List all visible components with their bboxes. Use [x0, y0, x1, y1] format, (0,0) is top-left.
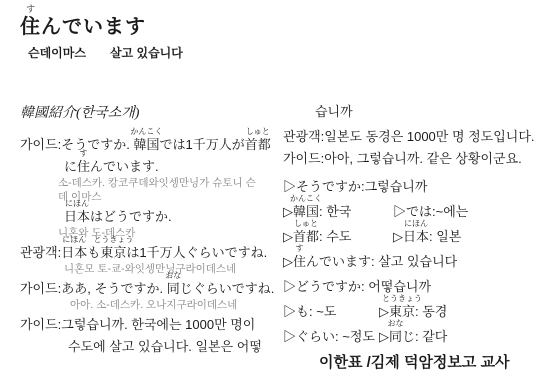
- document-page: 住すんでいます 슨데이마스 살고 있습니다 韓國紹介(한국소개) 가이드:そうで…: [0, 0, 540, 383]
- text-segment: んでいます: 살고 있습니다: [306, 254, 457, 269]
- text-segment: じぐらいですね.: [180, 281, 275, 296]
- pronunciation-line: 니혼모 토-쿄-와잇셍만닝구라이데스네: [20, 263, 278, 275]
- ruby-base: 首都しゅと: [293, 228, 319, 245]
- furigana: にほん: [404, 220, 428, 228]
- dialog-text: そうですか. 韓国かんこくでは1千万人が首都しゅと: [61, 136, 271, 153]
- vocab-item: ▷も: ~도: [283, 303, 379, 320]
- ruby-base: 日本にほん: [61, 244, 87, 261]
- text-segment: ▷では:~에는: [393, 204, 468, 219]
- text-segment: ▷: [283, 229, 293, 244]
- text-segment: ▷も: ~도: [283, 304, 336, 319]
- text-segment: ▷ぐらい: ~정도: [283, 329, 375, 344]
- ruby-base: 日本にほん: [403, 228, 429, 245]
- vocab-item: ▷住すんでいます: 살고 있습니다: [283, 253, 457, 270]
- dialog-line: 관광객:일본도 동경은 1000만 명 정도입니다.: [283, 128, 538, 145]
- title-subtitle: 슨데이마스 살고 있습니다: [20, 44, 183, 61]
- right-column: 습니까 관광객:일본도 동경은 1000만 명 정도입니다.가이드:아아, 그렇…: [283, 103, 538, 372]
- vocab-item: ▷どうですか: 어떻습니까: [283, 278, 431, 295]
- furigana: にほん: [65, 200, 89, 208]
- text-segment: : 동경: [415, 304, 447, 319]
- vocab-row: ▷首都しゅと: 수도▷日本にほん: 일본: [283, 228, 538, 245]
- speaker-label: 관광객:: [20, 244, 61, 261]
- carry-over-text: 습니까: [283, 103, 538, 120]
- text-segment: んでいます.: [90, 159, 159, 174]
- vocab-item: ▷そうですか:그렇습니까: [283, 178, 427, 195]
- ruby-base: 同おな: [167, 280, 180, 297]
- vocab-list: ▷そうですか:그렇습니까▷韓国かんこく: 한국▷では:~에는▷首都しゅと: 수도…: [283, 178, 538, 345]
- pronunciation-line: 데 이마스: [20, 191, 278, 203]
- pronunciation-line: 아아. 소-데스카. 오나지구라이데스네: [20, 299, 278, 311]
- text-segment: ▷そうですか:그렇습니까: [283, 179, 427, 194]
- furigana: かんこく: [131, 128, 163, 136]
- dialog-text: 日本にほんはどうですか.: [64, 208, 172, 225]
- text-segment: に: [64, 159, 77, 174]
- furigana: おな: [165, 272, 181, 280]
- dialog-text: 일본도 동경은 1000만 명 정도입니다.: [324, 128, 534, 145]
- furigana: とうきょう: [93, 236, 133, 244]
- text-segment: では1千万人が: [160, 137, 245, 152]
- dialog-line: 가이드:아아, 그렇습니까. 같은 상황이군요.: [283, 150, 538, 167]
- vocab-item: ▷ぐらい: ~정도: [283, 328, 379, 345]
- dialog-line: 가이드:그렇습니까. 한국에는 1000만 명이: [20, 316, 278, 333]
- vocab-row: ▷そうですか:그렇습니까: [283, 178, 538, 195]
- dialog-text: 日本にほんも東京とうきょうは1千万人ぐらいですね.: [61, 244, 267, 261]
- furigana: す: [80, 150, 88, 158]
- ruby-base: 東京とうきょう: [100, 244, 126, 261]
- left-column-lines: 가이드:そうですか. 韓国かんこくでは1千万人が首都しゅとに住すんでいます.소-…: [20, 136, 278, 355]
- dialog-text: 아아, 그렇습니까. 같은 상황이군요.: [324, 150, 521, 167]
- title-korean-meaning: 살고 있습니다: [110, 44, 183, 61]
- ruby-base: 日本にほん: [64, 208, 90, 225]
- ruby-base: 住す: [77, 158, 90, 175]
- dialog-line: 가이드:そうですか. 韓国かんこくでは1千万人が首都しゅと: [20, 136, 278, 153]
- title-korean-reading: 슨데이마스: [28, 44, 86, 61]
- dialog-line: 日本にほんはどうですか.: [20, 208, 278, 225]
- furigana: しゅと: [246, 128, 270, 136]
- vocab-item: ▷同おなじ: 같다: [379, 328, 447, 345]
- ruby-base: 東京とうきょう: [389, 303, 415, 320]
- vocab-row: ▷住すんでいます: 살고 있습니다: [283, 253, 538, 270]
- text-segment: は1千万人ぐらいですね.: [126, 245, 267, 260]
- vocab-row: ▷ぐらい: ~정도▷同おなじ: 같다: [283, 328, 538, 345]
- text-segment: ああ, そうですか.: [61, 281, 166, 296]
- vocab-item: ▷韓国かんこく: 한국: [283, 203, 393, 220]
- text-segment: はどうですか.: [90, 209, 172, 224]
- dialog-line: 가이드:ああ, そうですか. 同おなじぐらいですね.: [20, 280, 278, 297]
- vocab-item: ▷日本にほん: 일본: [393, 228, 461, 245]
- ruby-base: 住す: [293, 253, 306, 270]
- ruby-base: 韓国かんこく: [134, 136, 160, 153]
- dialog-text: 그렇습니까. 한국에는 1000만 명이: [61, 316, 255, 333]
- text-segment: : 수도: [319, 229, 351, 244]
- left-column: 韓國紹介(한국소개) 가이드:そうですか. 韓国かんこくでは1千万人が首都しゅと…: [20, 105, 278, 355]
- dialog-line: 수도에 살고 있습니다. 일본은 어떻: [20, 338, 278, 355]
- text-segment: 수도에 살고 있습니다. 일본은 어떻: [68, 339, 262, 354]
- vocab-row: ▷韓国かんこく: 한국▷では:~에는: [283, 203, 538, 220]
- pronunciation-line: 소-데스카. 캉코쿠데와잇셍만닝가 슈토니 슨: [20, 177, 278, 189]
- section-heading: 韓國紹介(한국소개): [20, 105, 278, 122]
- ruby-base: 韓国かんこく: [293, 203, 319, 220]
- dialog-line: 관광객:日本にほんも東京とうきょうは1千万人ぐらいですね.: [20, 244, 278, 261]
- text-segment: じ: 같다: [402, 329, 447, 344]
- furigana: にほん: [62, 236, 86, 244]
- speaker-label: 가이드:: [20, 280, 61, 297]
- ruby-base: 同おな: [389, 328, 402, 345]
- text-segment: 그렇습니까. 한국에는 1000만 명이: [61, 317, 255, 332]
- speaker-label: 관광객:: [283, 128, 324, 145]
- text-segment: : 일본: [429, 229, 461, 244]
- dialog-text: 수도에 살고 있습니다. 일본은 어떻: [68, 338, 262, 355]
- text-segment: も: [87, 245, 100, 260]
- text-segment: ▷: [283, 254, 293, 269]
- text-segment: ▷: [283, 204, 293, 219]
- dialog-text: に住すんでいます.: [64, 158, 159, 175]
- speaker-label: 가이드:: [20, 136, 61, 153]
- speaker-label: 가이드:: [283, 150, 324, 167]
- vocab-item: ▷首都しゅと: 수도: [283, 228, 393, 245]
- text-segment: ▷: [379, 329, 389, 344]
- text-segment: そうですか.: [61, 137, 133, 152]
- text-segment: : 한국: [319, 204, 351, 219]
- furigana: とうきょう: [382, 295, 422, 303]
- right-dialog: 관광객:일본도 동경은 1000만 명 정도입니다.가이드:아아, 그렇습니까.…: [283, 128, 538, 167]
- pronunciation-line: 니혼와 도-데스카: [20, 227, 278, 239]
- text-segment: ▷どうですか: 어떻습니까: [283, 279, 431, 294]
- ruby-base: 首都しゅと: [245, 136, 271, 153]
- text-segment: ▷: [379, 304, 389, 319]
- text-segment: んでいます: [41, 16, 146, 38]
- document-title: 住すんでいます: [20, 14, 183, 40]
- vocab-row: ▷どうですか: 어떻습니까: [283, 278, 538, 295]
- vocab-item: ▷では:~에는: [393, 203, 468, 220]
- furigana: かんこく: [290, 195, 322, 203]
- furigana: しゅと: [294, 220, 318, 228]
- author-credit: 이한표 /김제 덕암정보고 교사: [283, 353, 538, 372]
- title-block: 住すんでいます 슨데이마스 살고 있습니다: [20, 14, 183, 61]
- ruby-base: 住す: [20, 14, 41, 40]
- furigana: す: [296, 245, 304, 253]
- text-segment: ▷: [393, 229, 403, 244]
- speaker-label: 가이드:: [20, 316, 61, 333]
- vocab-row: ▷も: ~도▷東京とうきょう: 동경: [283, 303, 538, 320]
- dialog-text: ああ, そうですか. 同おなじぐらいですね.: [61, 280, 274, 297]
- dialog-line: に住すんでいます.: [20, 158, 278, 175]
- vocab-item: ▷東京とうきょう: 동경: [379, 303, 447, 320]
- furigana: す: [26, 5, 35, 13]
- furigana: おな: [388, 320, 404, 328]
